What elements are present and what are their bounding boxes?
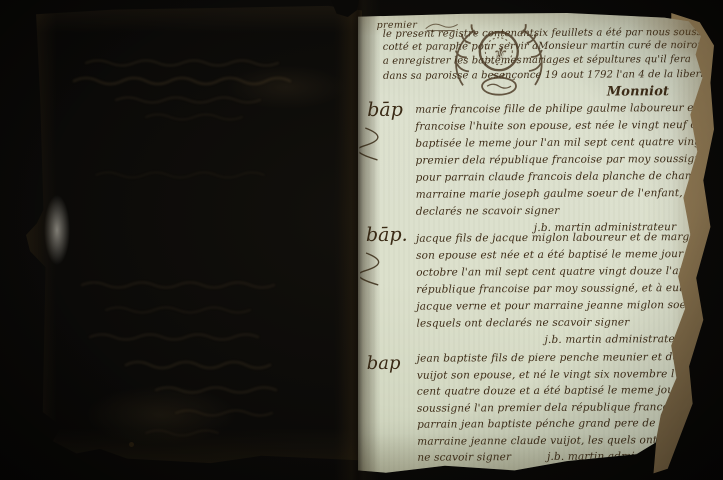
manuscript-line: pour parrain claude francois dela planch… bbox=[416, 168, 710, 187]
baptism-entries: marie francoise fille de philipe gaulme … bbox=[415, 12, 709, 14]
manuscript-line: octobre l'an mil sept cent quatre vingt … bbox=[416, 263, 710, 282]
manuscript-line: jacque verne et pour marraine jeanne mig… bbox=[416, 297, 710, 316]
margin-flourish bbox=[360, 251, 402, 289]
manuscript-line: lesquels ont declarés ne scavoir signer bbox=[416, 314, 710, 333]
register-scan-backdrop: premier le present registre contenant si… bbox=[0, 0, 723, 480]
closing-text: ne scavoir signer bbox=[417, 449, 511, 467]
margin-flourish bbox=[359, 126, 401, 164]
ink-dot bbox=[129, 442, 134, 447]
fleur-de-lis-glyph: ⚜ bbox=[491, 44, 507, 64]
manuscript-line: vuijot son epouse, et né le vingt six no… bbox=[417, 365, 711, 383]
manuscript-content: premier le present registre contenant si… bbox=[357, 12, 708, 476]
manuscript-line: cent quatre douze et a été baptisé le me… bbox=[417, 382, 711, 400]
manuscript-line: république francoise par moy soussigné, … bbox=[416, 280, 710, 299]
baptism-entry: marie francoise fille de philipe gaulme … bbox=[415, 100, 710, 238]
manuscript-line: marie francoise fille de philipe gaulme … bbox=[415, 100, 709, 119]
bleedthrough-writing bbox=[26, 5, 362, 465]
manuscript-line: marraine marie joseph gaulme soeur de l'… bbox=[416, 185, 710, 204]
baptism-entry: jacque fils de jacque miglon laboureur e… bbox=[416, 229, 711, 350]
margin-label-baptism: bāp bbox=[367, 99, 403, 121]
manuscript-line: jean baptiste fils de piere penche meuni… bbox=[417, 349, 711, 367]
manuscript-line: premier dela république francoise par mo… bbox=[415, 151, 709, 170]
manuscript-line: declarés ne scavoir signer bbox=[416, 202, 710, 221]
certification-text: six feuillets a été par nous soussigné bbox=[534, 27, 723, 42]
right-page: premier le present registre contenant si… bbox=[358, 13, 706, 475]
manuscript-line: baptisée le meme jour l'an mil sept cent… bbox=[415, 134, 709, 153]
manuscript-line: son epouse est née et a été baptisé le m… bbox=[416, 246, 710, 265]
fleur-de-lis-stamp-icon: ⚜ bbox=[441, 19, 557, 102]
manuscript-line: francoise l'huite son epouse, est née le… bbox=[415, 117, 709, 136]
certification-text: Monsieur martin curé de noironte bbox=[538, 40, 714, 54]
margin-label-baptism: bāp. bbox=[366, 224, 408, 246]
left-page bbox=[26, 5, 362, 465]
manuscript-line: jacque fils de jacque miglon laboureur e… bbox=[416, 229, 710, 248]
margin-label-baptism: bap bbox=[367, 353, 401, 374]
